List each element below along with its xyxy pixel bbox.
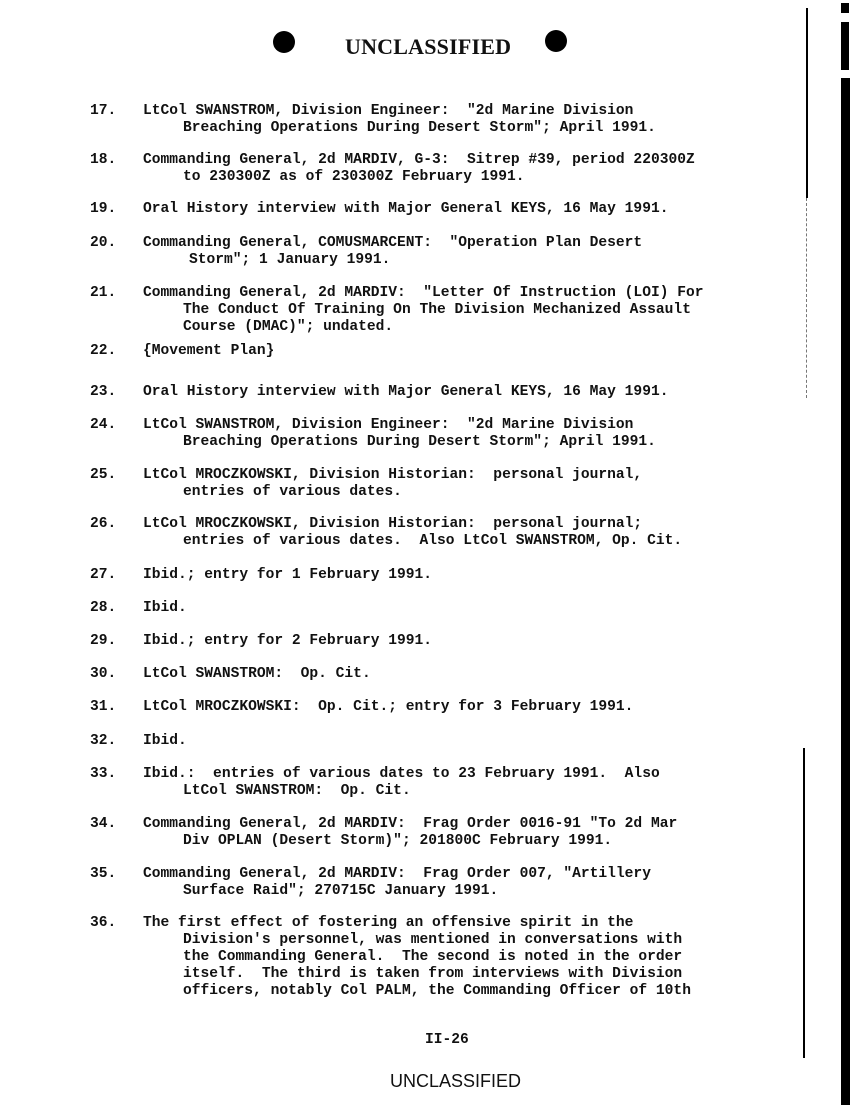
page-number: II-26	[425, 1032, 469, 1048]
endnote-text: LtCol MROCZKOWSKI: Op. Cit.; entry for 3…	[143, 699, 633, 716]
endnote-number: 23.	[90, 384, 140, 401]
endnote-text: officers, notably Col PALM, the Commandi…	[183, 983, 691, 1000]
endnote-text: LtCol SWANSTROM: Op. Cit.	[143, 666, 371, 683]
endnote-text: Commanding General, 2d MARDIV: "Letter O…	[143, 285, 704, 302]
endnote-text: Course (DMAC)"; undated.	[183, 319, 393, 336]
endnote-text: entries of various dates. Also LtCol SWA…	[183, 533, 682, 550]
endnote-text: the Commanding General. The second is no…	[183, 949, 682, 966]
endnote-text: Ibid.; entry for 1 February 1991.	[143, 567, 432, 584]
endnote-text: The first effect of fostering an offensi…	[143, 915, 633, 932]
endnote-text: Surface Raid"; 270715C January 1991.	[183, 883, 498, 900]
endnote-text: LtCol MROCZKOWSKI, Division Historian: p…	[143, 467, 642, 484]
scan-edge-bar	[841, 78, 850, 1105]
endnote-text: Ibid.; entry for 2 February 1991.	[143, 633, 432, 650]
scan-edge-mark	[841, 22, 849, 70]
endnote-text: Div OPLAN (Desert Storm)"; 201800C Febru…	[183, 833, 612, 850]
endnote-number: 33.	[90, 766, 140, 783]
endnote-text: Storm"; 1 January 1991.	[189, 252, 390, 269]
endnote-text: The Conduct Of Training On The Division …	[183, 302, 691, 319]
bullet-dot-right-icon	[545, 30, 567, 52]
classification-footer: UNCLASSIFIED	[390, 1071, 521, 1092]
scan-margin-dash	[806, 198, 807, 398]
endnote-number: 21.	[90, 285, 140, 302]
endnote-number: 36.	[90, 915, 140, 932]
endnote-number: 34.	[90, 816, 140, 833]
endnote-text: LtCol SWANSTROM, Division Engineer: "2d …	[143, 103, 633, 120]
page-header: UNCLASSIFIED	[0, 30, 850, 70]
scan-edge-mark	[841, 3, 849, 13]
endnote-text: Commanding General, COMUSMARCENT: "Opera…	[143, 235, 642, 252]
endnote-text: Breaching Operations During Desert Storm…	[183, 120, 656, 137]
classification-header: UNCLASSIFIED	[345, 34, 511, 60]
endnote-number: 29.	[90, 633, 140, 650]
endnote-number: 22.	[90, 343, 140, 360]
endnote-text: Oral History interview with Major Genera…	[143, 201, 668, 218]
endnote-number: 24.	[90, 417, 140, 434]
endnote-text: Ibid.	[143, 600, 187, 617]
endnote-number: 32.	[90, 733, 140, 750]
endnote-text: Ibid.	[143, 733, 187, 750]
endnote-text: Oral History interview with Major Genera…	[143, 384, 668, 401]
scan-margin-line	[803, 748, 805, 1058]
endnote-text: Ibid.: entries of various dates to 23 Fe…	[143, 766, 660, 783]
bullet-dot-left-icon	[273, 31, 295, 53]
endnote-number: 18.	[90, 152, 140, 169]
endnote-text: Breaching Operations During Desert Storm…	[183, 434, 656, 451]
endnote-number: 20.	[90, 235, 140, 252]
endnote-text: itself. The third is taken from intervie…	[183, 966, 682, 983]
endnote-text: Commanding General, 2d MARDIV: Frag Orde…	[143, 816, 677, 833]
endnote-text: LtCol MROCZKOWSKI, Division Historian: p…	[143, 516, 642, 533]
endnote-number: 28.	[90, 600, 140, 617]
endnote-number: 19.	[90, 201, 140, 218]
endnote-text: LtCol SWANSTROM: Op. Cit.	[183, 783, 411, 800]
endnote-number: 25.	[90, 467, 140, 484]
endnote-text: LtCol SWANSTROM, Division Engineer: "2d …	[143, 417, 633, 434]
endnote-text: {Movement Plan}	[143, 343, 274, 360]
endnote-text: Division's personnel, was mentioned in c…	[183, 932, 682, 949]
endnote-number: 31.	[90, 699, 140, 716]
endnote-text: Commanding General, 2d MARDIV: Frag Orde…	[143, 866, 651, 883]
endnote-text: Commanding General, 2d MARDIV, G-3: Sitr…	[143, 152, 695, 169]
endnote-number: 30.	[90, 666, 140, 683]
endnote-number: 26.	[90, 516, 140, 533]
endnote-number: 27.	[90, 567, 140, 584]
endnote-text: to 230300Z as of 230300Z February 1991.	[183, 169, 525, 186]
endnote-number: 17.	[90, 103, 140, 120]
endnote-number: 35.	[90, 866, 140, 883]
scan-margin-line	[806, 8, 808, 198]
endnote-text: entries of various dates.	[183, 484, 402, 501]
